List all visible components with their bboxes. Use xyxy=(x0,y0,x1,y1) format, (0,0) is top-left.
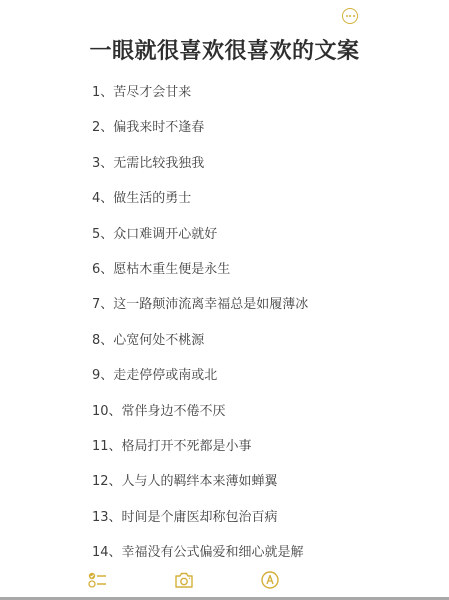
ellipsis-dot xyxy=(353,15,355,17)
list-item: 10、常伴身边不倦不厌 xyxy=(92,402,308,437)
list-item: 13、时间是个庸医却称包治百病 xyxy=(92,508,308,543)
list-item: 3、无需比较我独我 xyxy=(92,154,308,189)
list-item: 12、人与人的羁绊本来薄如蝉翼 xyxy=(92,472,308,507)
list-item: 6、愿枯木重生便是永生 xyxy=(92,260,308,295)
list-item: 5、众口难调开心就好 xyxy=(92,225,308,260)
markup-button[interactable] xyxy=(260,571,280,593)
camera-icon xyxy=(174,571,194,589)
list-item: 9、走走停停或南或北 xyxy=(92,366,308,401)
list-item: 2、偏我来时不逢春 xyxy=(92,118,308,153)
list-item: 1、苦尽才会甘来 xyxy=(92,83,308,118)
more-options-button[interactable] xyxy=(342,8,358,24)
note-list: 1、苦尽才会甘来 2、偏我来时不逢春 3、无需比较我独我 4、做生活的勇士 5、… xyxy=(92,83,308,578)
list-item: 11、格局打开不死都是小事 xyxy=(92,437,308,472)
camera-button[interactable] xyxy=(174,571,194,593)
list-item: 8、心宽何处不桃源 xyxy=(92,331,308,366)
checklist-icon xyxy=(88,571,108,589)
list-item: 7、这一路颠沛流离幸福总是如履薄冰 xyxy=(92,295,308,330)
note-title: 一眼就很喜欢很喜欢的文案 xyxy=(0,34,449,65)
ellipsis-dot xyxy=(349,15,351,17)
bottom-toolbar xyxy=(0,565,449,597)
list-item: 4、做生活的勇士 xyxy=(92,189,308,224)
checklist-button[interactable] xyxy=(88,571,108,593)
ellipsis-circle-icon xyxy=(346,15,348,17)
markup-pen-icon xyxy=(260,571,280,589)
